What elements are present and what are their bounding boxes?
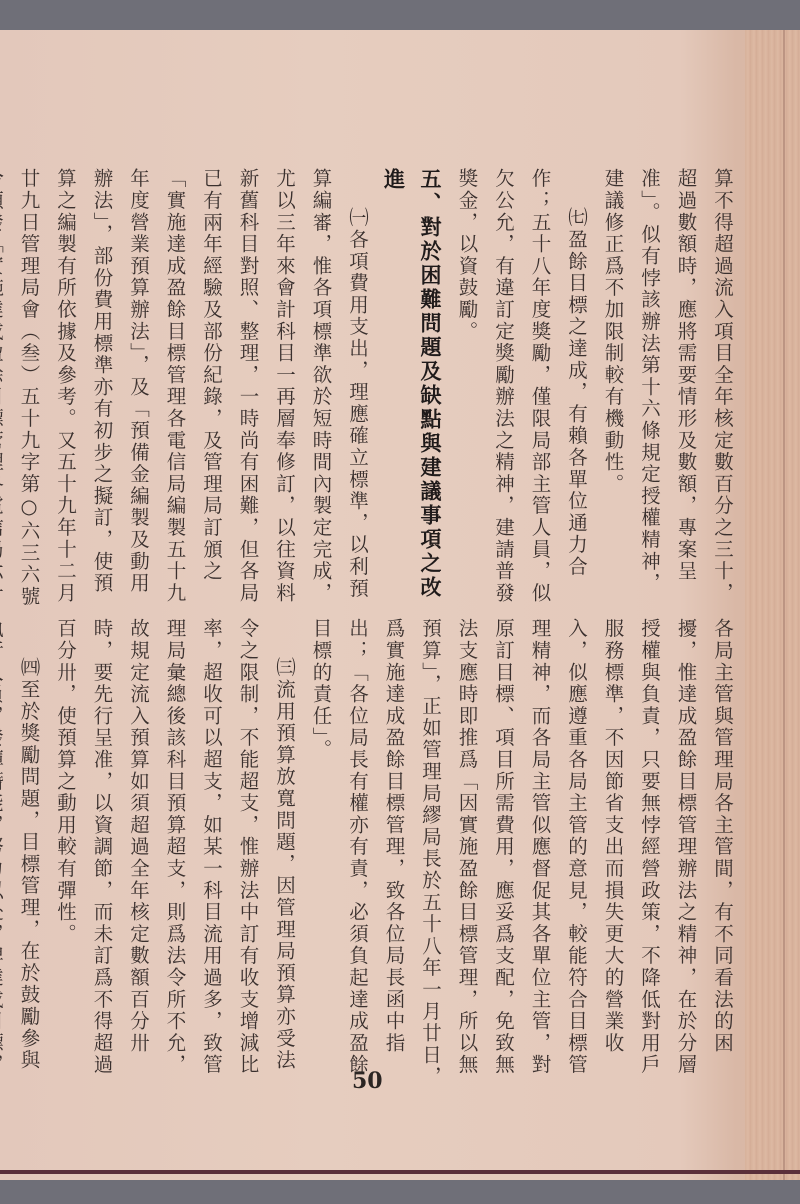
- paragraph-item-4-rewards: ㈣至於獎勵問題，目標管理，在於鼓勵參與執行人員，發揮潛能，努力以赴，俾達成目標，…: [0, 618, 47, 1090]
- page-edge-stack: [745, 30, 800, 1180]
- page-edge-line: [783, 30, 785, 1180]
- paragraph-continuation: 各局主管與管理局各主管間，有不同看法的困擾，惟達成盈餘目標管理辦法之精神，在於分…: [302, 618, 740, 1090]
- paragraph-quota-rule: 算不得超過流入項目全年核定數百分之三十，超過數額時，應將需要情形及數額，專案呈准…: [594, 168, 740, 608]
- book-cover-edge: [0, 1170, 800, 1174]
- paragraph-item-1-standards: ㈠各項費用支出，理應確立標準，以利預算編審，惟各項標準欲於短時間內製定完成，尤以…: [0, 168, 375, 608]
- page-number: 50: [352, 1068, 383, 1094]
- top-text-block: 算不得超過流入項目全年核定數百分之三十，超過數額時，應將需要情形及數額，專案呈准…: [40, 168, 740, 608]
- paragraph-item-3-flexible-budget: ㈢流用預算放寬問題，因管理局預算亦受法令之限制，不能超支，惟辦法中訂有收支增減比…: [47, 618, 303, 1090]
- bottom-text-block: 各局主管與管理局各主管間，有不同看法的困擾，惟達成盈餘目標管理辦法之精神，在於分…: [120, 618, 740, 1090]
- paragraph-item-7-bonus: ㈦盈餘目標之達成，有賴各單位通力合作；五十八年度獎勵，僅限局部主管人員，似欠公允…: [448, 168, 594, 608]
- section-heading-5: 五、對於困難問題及缺點與建議事項之改進: [375, 168, 448, 608]
